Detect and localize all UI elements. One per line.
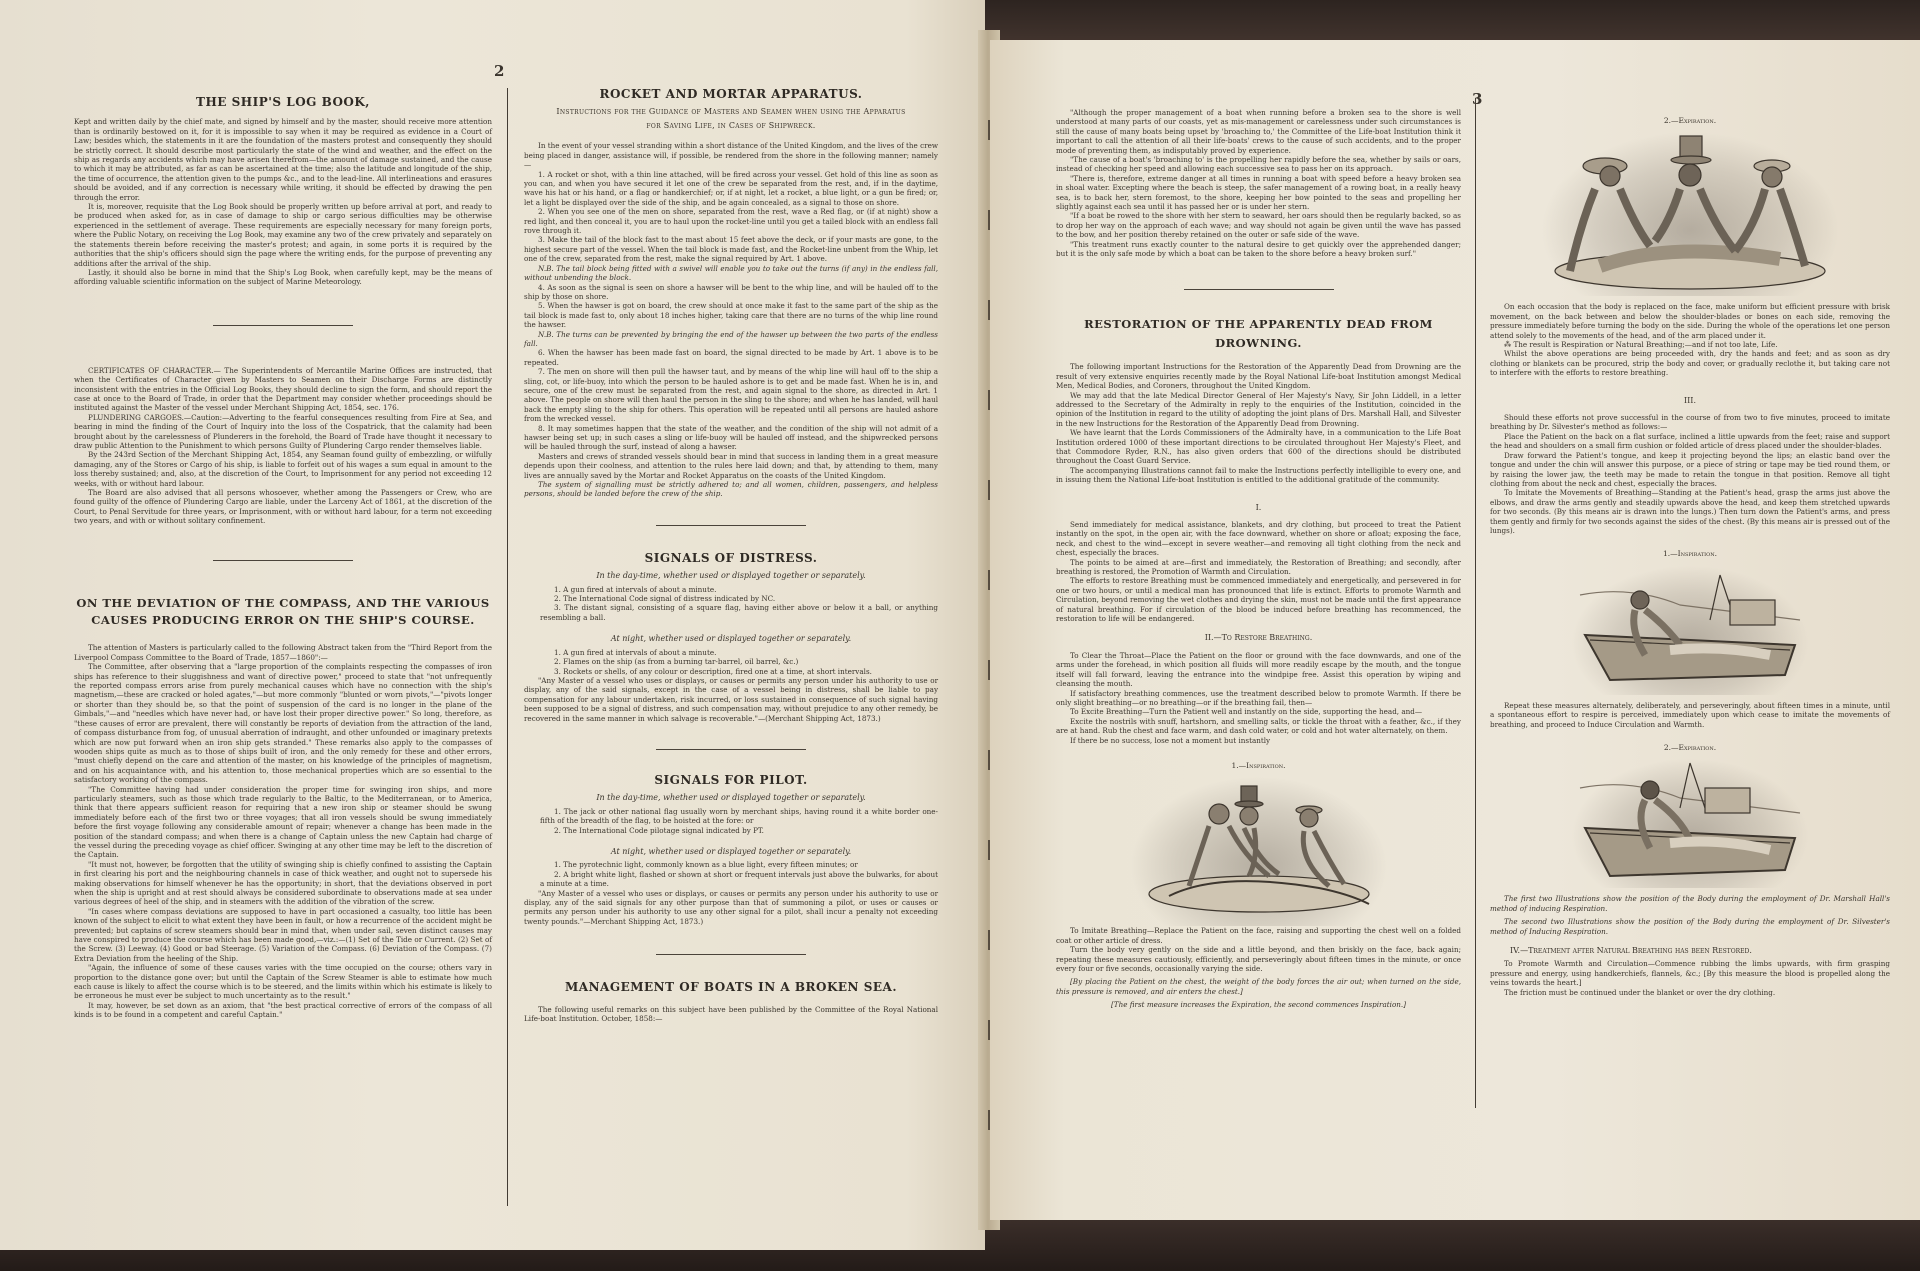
divider bbox=[656, 749, 806, 750]
rocket-subtitle: Instructions for the Guidance of Masters… bbox=[524, 105, 938, 133]
illustration-expiration-figures bbox=[1540, 131, 1840, 296]
plundering-paragraph: PLUNDERING CARGOES.—Caution:—Adverting t… bbox=[74, 413, 492, 451]
illustration-boat-inspiration bbox=[1570, 565, 1810, 695]
pilot-day-item: 2. The International Code pilotage signa… bbox=[524, 826, 938, 835]
section-3-paragraph: Should these efforts not prove successfu… bbox=[1490, 413, 1890, 432]
compass-title-line2: CAUSES PRODUCING ERROR ON THE SHIP'S COU… bbox=[74, 616, 492, 625]
page-number-right: 3 bbox=[1472, 90, 1482, 108]
section-1-paragraph: Send immediately for medical assistance,… bbox=[1056, 520, 1461, 558]
imitate-paragraph: Turn the body very gently on the side an… bbox=[1056, 945, 1461, 973]
rocket-note: N.B. The turns can be prevented by bring… bbox=[524, 330, 938, 349]
section-1-paragraph: The efforts to restore Breathing must be… bbox=[1056, 576, 1461, 623]
left-page: 2 THE SHIP'S LOG BOOK, Kept and written … bbox=[0, 0, 985, 1250]
plundering-paragraph: By the 243rd Section of the Merchant Shi… bbox=[74, 450, 492, 488]
log-book-paragraph: Lastly, it should also be borne in mind … bbox=[74, 268, 492, 287]
imitate-paragraph: To Imitate Breathing—Replace the Patient… bbox=[1056, 926, 1461, 945]
rocket-paragraph: 6. When the hawser has been made fast on… bbox=[524, 348, 938, 367]
boats-title: MANAGEMENT OF BOATS IN A BROKEN SEA. bbox=[524, 983, 938, 992]
restoration-intro: We have learnt that the Lords Commission… bbox=[1056, 428, 1461, 466]
repeat-paragraph: Repeat these measures alternately, delib… bbox=[1490, 701, 1890, 729]
illustration-note: The first two Illustrations show the pos… bbox=[1490, 894, 1890, 913]
right-right-column: 2.—Expiration. On each bbox=[1490, 116, 1890, 997]
log-book-paragraph: It is, moreover, requisite that the Log … bbox=[74, 202, 492, 268]
section-3-number: III. bbox=[1490, 396, 1890, 405]
right-left-column: "Although the proper management of a boa… bbox=[1056, 108, 1461, 1010]
distress-night-heading: At night, whether used or displayed toge… bbox=[524, 634, 938, 643]
restoration-intro: The following important Instructions for… bbox=[1056, 362, 1461, 390]
log-book-title: THE SHIP'S LOG BOOK, bbox=[74, 98, 492, 107]
pilot-title: SIGNALS FOR PILOT. bbox=[524, 776, 938, 785]
boat-inspiration-illustration-icon bbox=[1570, 565, 1810, 695]
pilot-night-item: 2. A bright white light, flashed or show… bbox=[524, 870, 938, 889]
divider bbox=[213, 325, 353, 326]
section-4-heading: IV.—Treatment after Natural Breathing ha… bbox=[1510, 946, 1890, 955]
pilot-night-heading: At night, whether used or displayed toge… bbox=[524, 847, 938, 856]
rocket-title: ROCKET AND MORTAR APPARATUS. bbox=[524, 90, 938, 99]
compass-paragraph: "In cases where compass deviations are s… bbox=[74, 907, 492, 963]
rescuers-expiration-illustration-icon bbox=[1540, 131, 1840, 296]
illustration-boat-expiration bbox=[1570, 758, 1810, 888]
distress-day-item: 2. The International Code signal of dist… bbox=[524, 594, 938, 603]
rocket-paragraph: 3. Make the tail of the block fast to th… bbox=[524, 235, 938, 263]
rocket-paragraph: 5. When the hawser is got on board, the … bbox=[524, 301, 938, 329]
distress-night-item: 3. Rockets or shells, of any colour or d… bbox=[524, 667, 938, 676]
restoration-title-line2: DROWNING. bbox=[1056, 339, 1461, 348]
boats-paragraph: "The cause of a boat's 'broaching to' is… bbox=[1056, 155, 1461, 174]
column-rule bbox=[1475, 98, 1476, 1108]
divider bbox=[1184, 289, 1334, 290]
distress-night-item: 1. A gun fired at intervals of about a m… bbox=[524, 648, 938, 657]
boat-expiration-illustration-icon bbox=[1570, 758, 1810, 888]
divider bbox=[656, 525, 806, 526]
compass-paragraph: "Again, the influence of some of these c… bbox=[74, 963, 492, 1001]
rocket-paragraph: 1. A rocket or shot, with a thin line at… bbox=[524, 170, 938, 208]
distress-day-item: 1. A gun fired at intervals of about a m… bbox=[524, 585, 938, 594]
rocket-paragraph: 2. When you see one of the men on shore,… bbox=[524, 207, 938, 235]
distress-day-heading: In the day-time, whether used or display… bbox=[524, 571, 938, 580]
rocket-paragraph: Masters and crews of stranded vessels sh… bbox=[524, 452, 938, 480]
compass-paragraph: It may, however, be set down as an axiom… bbox=[74, 1001, 492, 1020]
boats-paragraph: "There is, therefore, extreme danger at … bbox=[1056, 174, 1461, 212]
left-column: THE SHIP'S LOG BOOK, Kept and written da… bbox=[74, 98, 492, 1020]
boats-paragraph: "This treatment runs exactly counter to … bbox=[1056, 240, 1461, 259]
restoration-intro: The accompanying Illustrations cannot fa… bbox=[1056, 466, 1461, 485]
restoration-title-line1: RESTORATION OF THE APPARENTLY DEAD FROM bbox=[1056, 320, 1461, 329]
section-2-paragraph: To Excite Breathing—Turn the Patient wel… bbox=[1056, 707, 1461, 716]
pilot-day-item: 1. The jack or other national flag usual… bbox=[524, 807, 938, 826]
pilot-quote: "Any Master of a vessel who uses or disp… bbox=[524, 889, 938, 927]
section-4-paragraph: The friction must be continued under the… bbox=[1490, 988, 1890, 997]
restoration-intro: We may add that the late Medical Directo… bbox=[1056, 391, 1461, 429]
section-2-paragraph: To Clear the Throat—Place the Patient on… bbox=[1056, 651, 1461, 689]
distress-day-item: 3. The distant signal, consisting of a s… bbox=[524, 603, 938, 622]
right-page: 3 "Although the proper management of a b… bbox=[990, 40, 1920, 1220]
expiration-paragraph: On each occasion that the body is replac… bbox=[1490, 302, 1890, 340]
figure-2-caption: 2.—Expiration. bbox=[1490, 116, 1890, 125]
result-paragraph: ⁂ The result is Respiration or Natural B… bbox=[1490, 340, 1890, 349]
rocket-paragraph: In the event of your vessel stranding wi… bbox=[524, 141, 938, 169]
pilot-day-heading: In the day-time, whether used or display… bbox=[524, 793, 938, 802]
compass-paragraph: The attention of Masters is particularly… bbox=[74, 643, 492, 662]
figure-4-caption: 2.—Expiration. bbox=[1490, 743, 1890, 752]
distress-quote: "Any Master of a vessel who uses or disp… bbox=[524, 676, 938, 723]
section-3-paragraph: To Imitate the Movements of Breathing—St… bbox=[1490, 488, 1890, 535]
rocket-paragraph: 7. The men on shore will then pull the h… bbox=[524, 367, 938, 423]
section-2-paragraph: If there be no success, lose not a momen… bbox=[1056, 736, 1461, 745]
section-2-heading: II.—To Restore Breathing. bbox=[1056, 633, 1461, 642]
section-3-paragraph: Place the Patient on the back on a flat … bbox=[1490, 432, 1890, 451]
compass-title-line1: ON THE DEVIATION OF THE COMPASS, AND THE… bbox=[74, 599, 492, 608]
rocket-note: N.B. The tail block being fitted with a … bbox=[524, 264, 938, 283]
pilot-night-item: 1. The pyrotechnic light, commonly known… bbox=[524, 860, 938, 869]
compass-paragraph: "It must not, however, be forgotten that… bbox=[74, 860, 492, 907]
plundering-paragraph: The Board are also advised that all pers… bbox=[74, 488, 492, 526]
certificates-paragraph: CERTIFICATES OF CHARACTER.— The Superint… bbox=[74, 366, 492, 413]
rocket-paragraph: 4. As soon as the signal is seen on shor… bbox=[524, 283, 938, 302]
compass-paragraph: The Committee, after observing that a "l… bbox=[74, 662, 492, 784]
section-3-paragraph: Draw forward the Patient's tongue, and k… bbox=[1490, 451, 1890, 489]
boats-paragraph: "Although the proper management of a boa… bbox=[1056, 108, 1461, 155]
illustration-note: The second two Illustrations show the po… bbox=[1490, 917, 1890, 936]
log-book-paragraph: Kept and written daily by the chief mate… bbox=[74, 117, 492, 202]
imitate-note: [The first measure increases the Expirat… bbox=[1056, 1000, 1461, 1009]
rocket-paragraph: 8. It may sometimes happen that the stat… bbox=[524, 424, 938, 452]
expiration-paragraph: Whilst the above operations are being pr… bbox=[1490, 349, 1890, 377]
boats-paragraph: "If a boat be rowed to the shore with he… bbox=[1056, 211, 1461, 239]
distress-title: SIGNALS OF DISTRESS. bbox=[524, 554, 938, 563]
figure-3-caption: 1.—Inspiration. bbox=[1490, 549, 1890, 558]
page-number-left: 2 bbox=[494, 62, 504, 80]
section-1-number: I. bbox=[1056, 503, 1461, 512]
compass-paragraph: "The Committee having had under consider… bbox=[74, 785, 492, 860]
section-2-paragraph: If satisfactory breathing commences, use… bbox=[1056, 689, 1461, 708]
rescuers-illustration-icon bbox=[1129, 776, 1389, 926]
section-1-paragraph: The points to be aimed at are—first and … bbox=[1056, 558, 1461, 577]
distress-night-item: 2. Flames on the ship (as from a burning… bbox=[524, 657, 938, 666]
boats-intro: The following useful remarks on this sub… bbox=[524, 1005, 938, 1024]
imitate-note: [By placing the Patient on the chest, th… bbox=[1056, 977, 1461, 996]
section-4-paragraph: To Promote Warmth and Circulation—Commen… bbox=[1490, 959, 1890, 987]
column-rule bbox=[507, 88, 508, 1206]
rocket-subtitle-line2: for Saving Life, in Cases of Shipwreck. bbox=[524, 119, 938, 133]
center-column: ROCKET AND MORTAR APPARATUS. Instruction… bbox=[524, 90, 938, 1023]
illustration-inspiration-figures bbox=[1129, 776, 1389, 926]
divider bbox=[656, 954, 806, 955]
rocket-subtitle-line1: Instructions for the Guidance of Masters… bbox=[524, 105, 938, 119]
figure-1-caption: 1.—Inspiration. bbox=[1056, 761, 1461, 770]
divider bbox=[213, 560, 353, 561]
rocket-closing: The system of signalling must be strictl… bbox=[524, 480, 938, 499]
section-2-paragraph: Excite the nostrils with snuff, hartshor… bbox=[1056, 717, 1461, 736]
